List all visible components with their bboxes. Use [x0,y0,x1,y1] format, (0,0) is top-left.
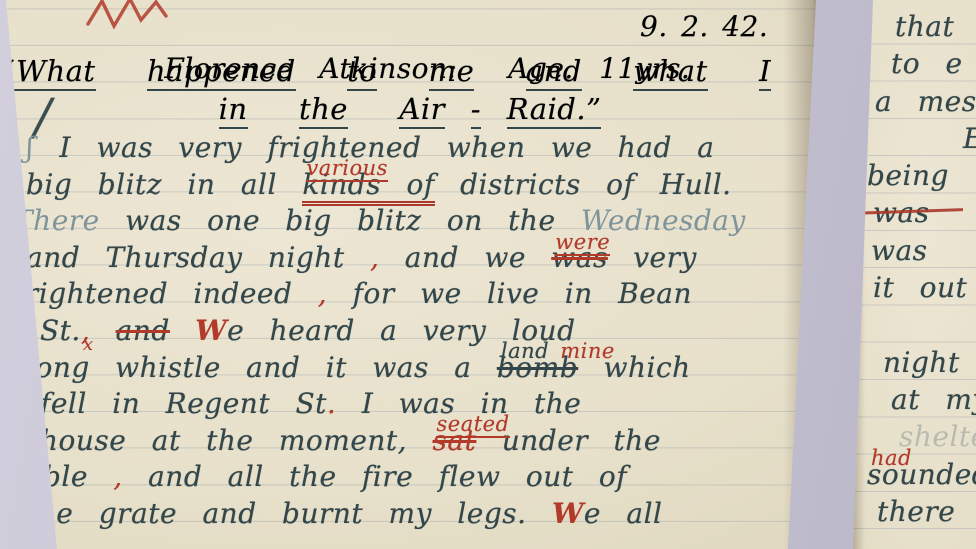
text-segment [170,314,195,347]
red-annotation-text: seated [436,412,509,438]
text-segment: that [895,10,954,43]
essay-date: 9. 2. 42. [640,6,768,48]
text-segment: St. [40,314,81,347]
handwritten-line: frightened indeed , for we live in Bean [14,276,800,313]
inline-annotation: various [306,158,388,178]
text-segment: at my [891,383,976,416]
text-segment: and [116,314,170,347]
text-segment: there [877,495,955,528]
handwritten-line: at my [867,381,976,418]
text-segment: and we [379,241,551,274]
handwritten-line: it out [867,269,976,306]
text-segment: and all the fire flew out of [123,460,627,493]
handwritten-line: soundedhad [867,456,976,493]
text-segment: it out [873,271,967,304]
text-segment: to e [891,47,963,80]
underlined-word: and [526,54,582,91]
text-segment [90,314,115,347]
text-segment: was a [871,234,976,267]
text-segment: the grate and burnt my legs. [26,497,552,530]
handwritten-line: long whistle and it was a bombland mine … [14,350,800,387]
underlined-word: the [299,92,348,129]
essay-body: ʃ I was very frightened when we had abig… [14,130,800,533]
essay-title: “What happened to me and what I did in t… [0,52,820,128]
text-segment: frightened indeed [14,277,292,310]
text-segment: ʃ [26,131,60,164]
text-segment: big blitz in all [26,168,302,201]
handwritten-line: St.,x and We heard a very loud [14,313,800,350]
red-correction: . [327,387,336,420]
text-segment: fell in Regent St [40,387,327,420]
handwritten-line: table , and all the fire flew out of [14,459,800,496]
inline-annotation: land mine [501,341,615,361]
red-annotation-text: were [555,230,610,256]
annotated-word: soundedhad [867,456,976,493]
underlined-word: happened [147,54,296,91]
text-segment: E [963,122,976,155]
red-correction: W [195,314,227,347]
annotation-text: land [501,339,560,363]
inline-annotation: seated [436,414,509,434]
text-segment: for we live in Bean [327,277,692,310]
red-correction: , [292,277,327,310]
text-segment: table [14,460,113,493]
text-segment: being [867,159,949,192]
red-annotation-text: mine [560,339,615,363]
red-annotation-text: various [306,156,388,182]
essay-body-right: thatto ea mesEbeingwaswas ait outnight x… [867,8,976,530]
handwritten-line: night x [867,344,976,381]
red-correction: W [552,497,584,530]
handwritten-line: was a [867,232,976,269]
handwritten-line: the grate and burnt my legs. We all [14,496,800,533]
essay-header: Florence Atkinson: Age. 11yrs. 9. 2. 42. [12,6,790,48]
text-segment: very [608,241,697,274]
essay-page-right: thatto ea mesEbeingwaswas ait outnight x… [853,0,976,549]
annotated-word: waswere [551,240,608,277]
handwritten-line: fell in Regent St. I was in the [14,386,800,423]
red-annotation-text: x [83,334,94,355]
handwritten-line [867,306,976,343]
annotated-word: ,x [81,313,90,350]
inline-annotation: had [871,448,912,468]
red-annotation-text: had [871,446,912,470]
essay-title-line1: “What happened to me and what I did [0,52,820,90]
handwritten-line: big blitz in all kinds ofvarious distric… [14,167,800,204]
inline-annotation: were [555,232,610,252]
handwritten-line: and Thursday night , and we waswere very [14,240,800,277]
underlined-word: me [429,54,475,91]
handwritten-line: that [867,8,976,45]
red-correction: , [113,460,122,493]
text-segment: night [883,346,976,379]
text-segment: and Thursday night [26,241,345,274]
annotated-word: bombland mine [497,350,578,387]
essay-page-left: Florence Atkinson: Age. 11yrs. 9. 2. 42.… [0,0,820,549]
text-segment: e all [584,497,663,530]
text-segment: house at the moment, [40,424,432,457]
annotated-word: satseated [432,423,476,460]
handwritten-line: E [867,120,976,157]
handwritten-line: to e [867,45,976,82]
underlined-word: “What [0,54,96,91]
handwritten-line: ʃ I was very frightened when we had a [14,130,800,167]
underlined-word: Raid.” [507,92,602,129]
annotated-word: kinds ofvarious [302,167,434,204]
text-segment: a mes [875,85,976,118]
underlined-word: what [633,54,707,91]
handwritten-line: There was one big blitz on the Wednesday [14,203,800,240]
handwritten-line: a mes [867,83,976,120]
handwritten-line: being [867,157,976,194]
handwritten-line: there [867,493,976,530]
essay-title-line2: in the Air - Raid.” [0,90,820,128]
text-segment: districts of Hull. [435,168,732,201]
handwritten-line: house at the moment, satseated under the [14,423,800,460]
underlined-word: in [219,92,248,129]
underlined-word: to [347,54,377,91]
inline-annotation: x [83,336,94,354]
text-segment: There [14,204,100,237]
underlined-word: I [759,54,771,91]
red-correction: , [345,241,380,274]
document-photo: Florence Atkinson: Age. 11yrs. 9. 2. 42.… [0,0,976,549]
underlined-word: Air [399,92,445,129]
underlined-word: - [471,92,481,129]
text-segment: long whistle and it was a [26,351,497,384]
text-segment: was one big blitz on the [100,204,581,237]
